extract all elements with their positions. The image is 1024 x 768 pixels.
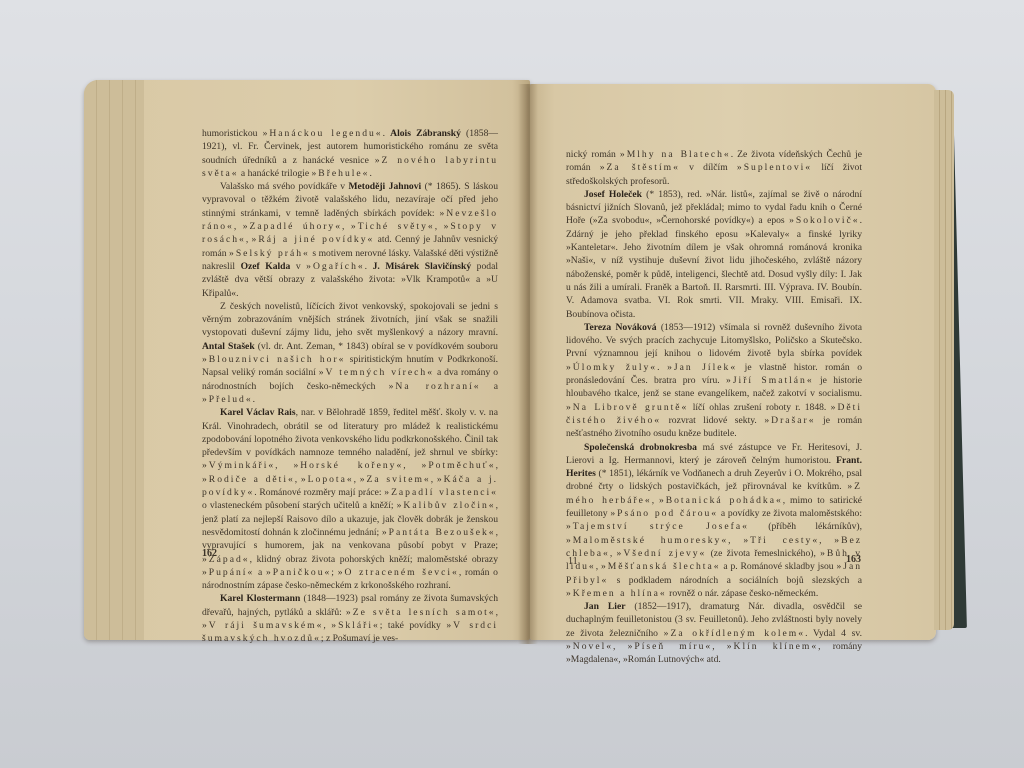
work-title: »Paničkou«: [266, 567, 331, 578]
text-run: . Románové rozměry mají práce:: [254, 487, 384, 498]
text-run: ,: [610, 548, 617, 559]
author-name: Antal Stašek: [202, 341, 255, 352]
work-title: »Křemen a hlína«: [566, 588, 667, 599]
text-run: ,: [435, 221, 444, 232]
text-run: ; také povídky: [380, 620, 447, 631]
author-name: Karel Klostermann: [220, 593, 300, 604]
work-title: »Horské kořeny«: [293, 460, 403, 471]
work-title: »Sokolovič«: [789, 215, 860, 226]
text-run: (* 1851), lékárník ve Vodňanech a druh Z…: [566, 468, 862, 492]
text-run: a: [481, 381, 498, 392]
work-title: »Přelud«: [202, 394, 253, 405]
work-title: »Ze světa lesních samot«: [346, 607, 496, 618]
paragraph: Karel Václav Rais, nar. v Bělohradě 1859…: [202, 406, 498, 592]
text-run: (ze života řemeslnického),: [706, 548, 820, 559]
text-run: , klidný obraz života pohorských kněží; …: [250, 554, 498, 565]
work-title: »Na Librově gruntě«: [566, 402, 688, 413]
left-page-number: 162: [202, 548, 217, 559]
work-title: »Rodiče a děti«: [202, 474, 295, 485]
work-title: »Tři cesty«: [743, 535, 819, 546]
text-run: ,: [234, 221, 243, 232]
work-title: »Lopota«: [301, 474, 354, 485]
paragraph: Valašsko má svého povídkáře v Metoději J…: [202, 180, 498, 300]
work-title: »Suplentovi«: [737, 162, 812, 173]
work-title: »Píseň míru«: [628, 641, 713, 652]
work-title: »Za okřídleným kolem«: [664, 628, 805, 639]
text-run: ,: [613, 641, 628, 652]
work-title: »Kalibův zločin«: [397, 500, 496, 511]
text-run: o vlasteneckém působení starých učitelů …: [202, 500, 397, 511]
author-name: Metoději Jahnovi: [348, 181, 421, 192]
author-name: Společenská drobnokresba: [584, 442, 697, 453]
text-run: ,: [275, 460, 293, 471]
work-title: »V temných vírech«: [319, 367, 434, 378]
text-run: a povídky ze života maloměstského:: [718, 508, 862, 519]
text-run: a: [254, 567, 266, 578]
work-title: »Mlhy na Blatech«: [620, 149, 731, 160]
work-title: »Na rozhraní«: [389, 381, 481, 392]
work-title: »Břehule«: [312, 168, 370, 179]
right-page-number: 163: [846, 554, 861, 565]
text-run: (příběh lékárníkův),: [749, 521, 862, 532]
text-run: rovněž o nár. zápase česko-německém.: [667, 588, 819, 599]
page-stack-right: [934, 90, 954, 630]
text-run: a p. Románové skladby jsou: [721, 561, 837, 572]
text-run: Valašsko má svého povídkáře v: [220, 181, 348, 192]
paragraph: Josef Holeček (* 1853), red. »Nár. listů…: [566, 188, 862, 321]
author-name: Karel Václav Rais: [220, 407, 296, 418]
paragraph: Z českých novelistů, líčících život venk…: [202, 300, 498, 406]
work-title: »Všední zjevy«: [617, 548, 707, 559]
left-page-text: humoristickou »Hanáckou legendu«. Alois …: [202, 127, 498, 646]
work-title: »Ráj a jiné povídky«: [252, 234, 375, 245]
text-run: rozvrat lidové sekty.: [661, 415, 764, 426]
work-title: »Tiché světy«: [351, 221, 435, 232]
work-title: »Pantáta Bezoušek«: [382, 527, 496, 538]
text-run: .: [657, 362, 667, 373]
work-title: »Selský práh«: [229, 248, 310, 259]
work-title: »Skláři«: [331, 620, 380, 631]
paragraph: humoristickou »Hanáckou legendu«. Alois …: [202, 127, 498, 180]
work-title: »Za svitem«: [360, 474, 431, 485]
book-spine: [518, 84, 538, 644]
work-title: »Blouznivci našich hor«: [202, 354, 345, 365]
work-title: »Jan Jílek«: [667, 362, 737, 373]
author-name: Tereza Nováková: [584, 322, 657, 333]
text-run: ,: [819, 535, 834, 546]
text-run: ,: [342, 221, 351, 232]
work-title: »Tajemství strýce Josefa«: [566, 521, 749, 532]
text-run: . Zdárný je jeho překlad finského eposu …: [566, 215, 862, 319]
text-run: .: [365, 261, 373, 272]
work-title: »Novel«: [566, 641, 613, 652]
work-title: »Výminkáři«: [202, 460, 275, 471]
work-title: »Měšťanská šlechta«: [601, 561, 721, 572]
text-run: líčí ohlas zrušení roboty r. 1848.: [688, 402, 830, 413]
text-run: ,: [712, 641, 727, 652]
text-run: humoristickou: [202, 128, 263, 139]
text-run: s podkladem národních a sociálních bojů …: [608, 575, 862, 586]
right-page: nický román »Mlhy na Blatech«. Ze života…: [530, 84, 936, 640]
left-page: humoristickou »Hanáckou legendu«. Alois …: [84, 80, 530, 640]
work-title: »O ztraceném ševci«: [338, 567, 459, 578]
work-title: »Ogařích«: [306, 261, 365, 272]
text-run: Z českých novelistů, líčících život venk…: [202, 301, 498, 339]
text-run: v: [290, 261, 306, 272]
text-run: .: [253, 394, 255, 405]
author-name: Jan Lier: [584, 601, 625, 612]
paragraph: Společenská drobnokresba má své zástupce…: [566, 441, 862, 601]
text-run: ,: [728, 535, 743, 546]
paragraph: Tereza Nováková (1853—1912) všímala si r…: [566, 321, 862, 441]
work-title: »Maloměstské humoresky«: [566, 535, 728, 546]
open-book: humoristickou »Hanáckou legendu«. Alois …: [0, 0, 1024, 768]
text-run: ,: [403, 460, 421, 471]
text-run: v dílčím: [680, 162, 737, 173]
right-page-text: nický román »Mlhy na Blatech«. Ze života…: [566, 148, 862, 667]
text-run: a hanácké trilogie: [239, 168, 312, 179]
author-name: Alois Zábranský: [390, 128, 461, 139]
text-run: . Vydal 4 sv.: [805, 628, 862, 639]
work-title: »Zapadlé úhory«: [243, 221, 342, 232]
work-title: »Za štěstím«: [600, 162, 680, 173]
work-title: »V ráji šumavském«: [202, 620, 323, 631]
text-run: .: [383, 128, 391, 139]
paragraph: nický román »Mlhy na Blatech«. Ze života…: [566, 148, 862, 188]
author-name: Josef Holeček: [584, 189, 642, 200]
work-title: »Pupání«: [202, 567, 254, 578]
work-title: »Jiří Smatlán«: [726, 375, 814, 386]
work-title: »Hanáckou legendu«: [263, 128, 383, 139]
signature-mark: 11: [568, 556, 578, 567]
work-title: »Botanická pohádka«: [659, 495, 783, 506]
text-run: .: [369, 168, 371, 179]
work-title: »Potměchuť«: [422, 460, 496, 471]
text-run: ; z Pošumaví je ves-: [321, 633, 398, 644]
paragraph: Karel Klostermann (1848—1923) psal román…: [202, 592, 498, 645]
text-run: ,: [496, 607, 498, 618]
work-title: »Klín klínem«: [727, 641, 818, 652]
author-name: J. Misárek Slavičínský: [373, 261, 472, 272]
work-title: »Úlomky žuly«: [566, 362, 657, 373]
text-run: nický román: [566, 149, 620, 160]
text-run: ,: [652, 495, 659, 506]
page-stack-left: [84, 80, 144, 640]
author-name: Ozef Kalda: [241, 261, 291, 272]
work-title: »Zapadlí vlastenci«: [384, 487, 498, 498]
work-title: »Drašar«: [764, 415, 815, 426]
text-run: (vl. dr. Ant. Zeman, * 1843) obíral se v…: [255, 341, 498, 352]
paragraph: Jan Lier (1852—1917), dramaturg Nár. div…: [566, 600, 862, 666]
text-run: ,: [496, 460, 498, 471]
work-title: »Psáno pod čárou«: [610, 508, 718, 519]
